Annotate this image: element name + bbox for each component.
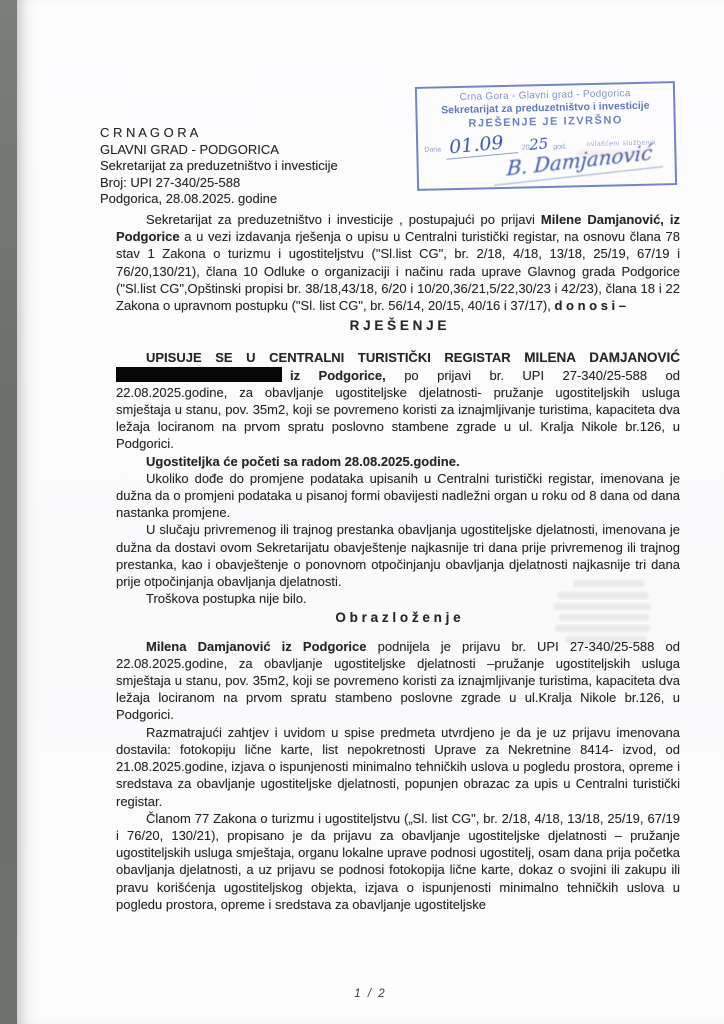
page-number: 1 / 2	[17, 988, 724, 1000]
letterhead-country: C R N A G O R A	[100, 125, 420, 142]
decision-start-date: Ugostiteljka će početi sa radom 28.08.20…	[116, 453, 680, 470]
letterhead: C R N A G O R A GLAVNI GRAD - PODGORICA …	[100, 125, 420, 208]
rationale-paragraph-3: Članom 77 Zakona o turizmu i ugostiteljs…	[116, 810, 680, 913]
rationale-paragraph-1: Milena Damjanović iz Podgorice podnijela…	[116, 638, 680, 724]
donosi-emphasis: d o n o s i –	[554, 298, 626, 313]
decision-title: R J E Š E N J E	[116, 317, 680, 334]
decision-paragraph-1: UPISUJE SE U CENTRALNI TURISTIČKI REGIST…	[116, 349, 680, 452]
letterhead-place-date: Podgorica, 28.08.2025. godine	[100, 191, 420, 208]
applicant-name-rationale: Milena Damjanović iz Podgorice	[146, 639, 366, 654]
stamp-date-label: Dana	[424, 146, 441, 153]
executed-decision-stamp: Crna Gora - Glavni grad - Podgorica Sekr…	[415, 81, 677, 191]
scanned-document: C R N A G O R A GLAVNI GRAD - PODGORICA …	[0, 0, 724, 1024]
scanner-edge-shadow	[0, 0, 17, 1024]
letterhead-department: Sekretarijat za preduzetništvo i investi…	[100, 158, 420, 175]
redaction-bar	[116, 367, 282, 382]
decision-paragraph-change-of-data: Ukoliko dođe do promjene podataka upisan…	[116, 470, 680, 522]
applicant-name-caps: MILENA DAMJANOVIĆ	[524, 350, 680, 365]
intro-paragraph: Sekretarijat za preduzetništvo i investi…	[116, 211, 680, 314]
document-body: Sekretarijat za preduzetništvo i investi…	[116, 211, 680, 913]
letterhead-city: GLAVNI GRAD - PODGORICA	[100, 142, 420, 159]
decision-paragraph-cessation: U slučaju privremenog ili trajnog presta…	[116, 521, 680, 590]
letterhead-case-number: Broj: UPI 27-340/25-588	[100, 175, 420, 192]
decision-opening-bold: UPISUJE SE U CENTRALNI TURISTIČKI REGIST…	[146, 350, 524, 365]
intro-text-1: Sekretarijat za preduzetništvo i investi…	[146, 212, 541, 227]
decision-paragraph-costs: Troškova postupka nije bilo.	[116, 590, 680, 607]
document-page: C R N A G O R A GLAVNI GRAD - PODGORICA …	[17, 0, 724, 1024]
applicant-city-bold: iz Podgorice,	[290, 368, 404, 383]
decision-start-date-bold: Ugostiteljka će početi sa radom 28.08.20…	[146, 454, 460, 469]
rationale-paragraph-2: Razmatrajući zahtjev i uvidom u spise pr…	[116, 724, 680, 810]
rationale-title: O b r a z l o ž e n j e	[116, 609, 680, 626]
